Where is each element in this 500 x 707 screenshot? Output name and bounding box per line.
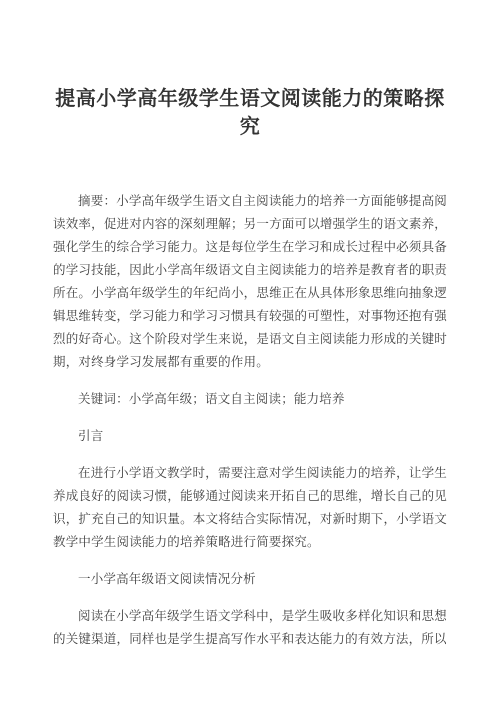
abstract-paragraph: 摘要：小学高年级学生语文自主阅读能力的培养一方面能够提高阅读效率，促进对内容的深… [53, 189, 447, 373]
section1-paragraph: 阅读在小学高年级学生语文学科中，是学生吸收多样化知识和思想的关键渠道，同样也是学… [53, 604, 447, 650]
document-page: 提高小学高年级学生语文阅读能力的策略探究 摘要：小学高年级学生语文自主阅读能力的… [0, 0, 500, 707]
section1-heading: 一小学高年级语文阅读情况分析 [53, 567, 447, 590]
intro-paragraph: 在进行小学语文教学时，需要注意对学生阅读能力的培养，让学生养成良好的阅读习惯，能… [53, 461, 447, 553]
intro-heading: 引言 [53, 424, 447, 447]
keywords-line: 关键词：小学高年级；语文自主阅读；能力培养 [53, 387, 447, 410]
document-title: 提高小学高年级学生语文阅读能力的策略探究 [53, 84, 447, 140]
